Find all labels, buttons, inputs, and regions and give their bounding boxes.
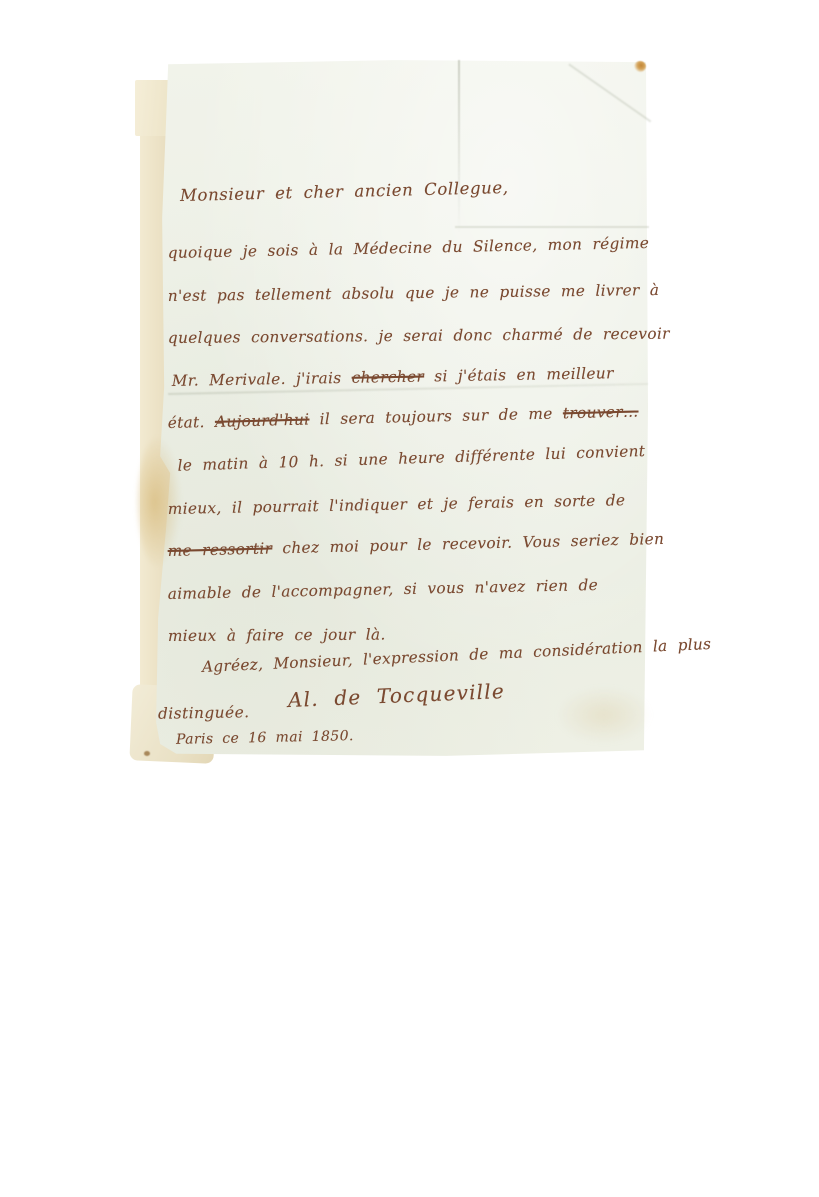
handwriting-text: mieux à faire ce jour là. [168,626,386,646]
handwriting-line: aimable de l'accompagner, si vous n'avez… [168,575,649,628]
handwriting-text: Mr. Merivale. j'irais [172,369,352,390]
closing-line-continued: distinguée. [158,703,250,723]
struck-text: chercher [352,367,425,386]
struck-text: me ressortir [167,540,272,561]
letter-body: quoique je sois à la Médecine du Silence… [168,244,648,670]
handwriting-line: n'est pas tellement absolu que je ne pui… [168,281,648,329]
struck-text: Aujourd'hui [215,411,310,431]
handwriting-line: quoique je sois à la Médecine du Silence… [168,234,649,287]
handwriting-text: quelques conversations. je serai donc ch… [168,325,670,347]
handwriting-text: si j'étais en meilleur [424,364,614,385]
struck-text: trouver… [563,403,639,423]
photo-background: Monsieur et cher ancien Collegue, quoiqu… [0,0,819,1197]
handwriting-text: état. [167,413,215,432]
